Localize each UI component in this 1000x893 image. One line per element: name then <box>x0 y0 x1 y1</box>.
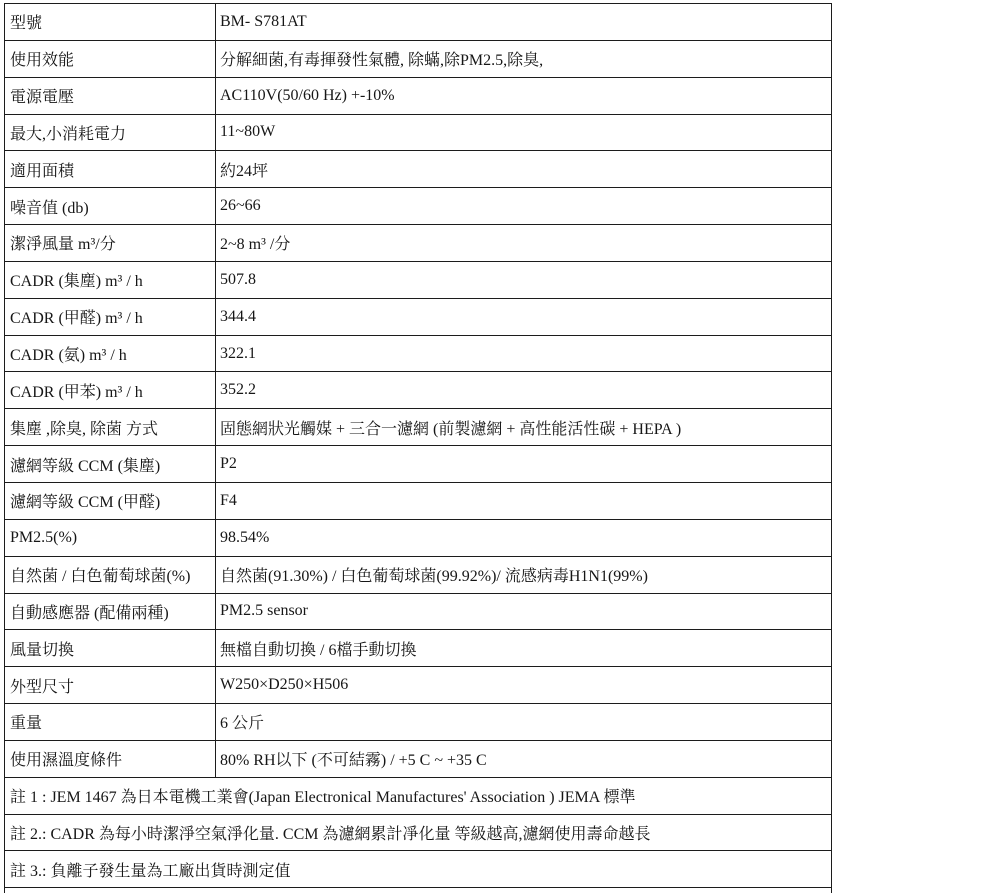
spec-label-cell: 適用面積 <box>5 151 216 187</box>
spec-value-cell: 98.54% <box>216 520 831 556</box>
table-row: 最大,小消耗電力 11~80W <box>5 115 831 152</box>
spec-value-cell: 無檔自動切換 / 6檔手動切換 <box>216 630 831 666</box>
table-row: 外型尺寸 W250×D250×H506 <box>5 667 831 704</box>
spec-value-cell: 80% RH以下 (不可結霧) / +5 C ~ +35 C <box>216 741 831 777</box>
table-row: 型號 BM- S781AT <box>5 4 831 41</box>
spec-value-cell: 507.8 <box>216 262 831 298</box>
spec-value-cell: 自然菌(91.30%) / 白色葡萄球菌(99.92%)/ 流感病毒H1N1(9… <box>216 557 831 593</box>
table-bottom-fragment <box>4 888 832 893</box>
table-row: CADR (甲苯) m³ / h 352.2 <box>5 372 831 409</box>
spec-label-cell: 噪音值 (db) <box>5 188 216 224</box>
spec-label-cell: 最大,小消耗電力 <box>5 115 216 151</box>
spec-label-cell: 集塵 ,除臭, 除菌 方式 <box>5 409 216 445</box>
spec-value-cell: BM- S781AT <box>216 4 831 40</box>
note-row: 註 1 : JEM 1467 為日本電機工業會(Japan Electronic… <box>5 778 831 815</box>
spec-table: 型號 BM- S781AT 使用效能 分解細菌,有毒揮發性氣體, 除蟎,除PM2… <box>4 3 832 888</box>
spec-label-cell: CADR (甲苯) m³ / h <box>5 372 216 408</box>
spec-label-cell: 潔淨風量 m³/分 <box>5 225 216 261</box>
spec-value-cell: 2~8 m³ /分 <box>216 225 831 261</box>
table-row: PM2.5(%) 98.54% <box>5 520 831 557</box>
table-row: 重量 6 公斤 <box>5 704 831 741</box>
table-row: 風量切換 無檔自動切換 / 6檔手動切換 <box>5 630 831 667</box>
spec-label-cell: 自動感應器 (配備兩種) <box>5 594 216 630</box>
spec-label-cell: CADR (甲醛) m³ / h <box>5 299 216 335</box>
spec-value-cell: 約24坪 <box>216 151 831 187</box>
table-row: 電源電壓 AC110V(50/60 Hz) +-10% <box>5 78 831 115</box>
spec-label-cell: 型號 <box>5 4 216 40</box>
spec-value-cell: PM2.5 sensor <box>216 594 831 630</box>
spec-label-cell: 濾網等級 CCM (甲醛) <box>5 483 216 519</box>
note-row: 註 2.: CADR 為每小時潔淨空氣淨化量. CCM 為濾網累計凈化量 等級越… <box>5 815 831 852</box>
table-row: 使用濕溫度條件 80% RH以下 (不可結霧) / +5 C ~ +35 C <box>5 741 831 778</box>
spec-value-cell: 344.4 <box>216 299 831 335</box>
spec-label-cell: CADR (集塵) m³ / h <box>5 262 216 298</box>
spec-value-cell: 352.2 <box>216 372 831 408</box>
table-row: CADR (集塵) m³ / h 507.8 <box>5 262 831 299</box>
table-row: 潔淨風量 m³/分 2~8 m³ /分 <box>5 225 831 262</box>
spec-value-cell: AC110V(50/60 Hz) +-10% <box>216 78 831 114</box>
table-row: 使用效能 分解細菌,有毒揮發性氣體, 除蟎,除PM2.5,除臭, <box>5 41 831 78</box>
table-row: 濾網等級 CCM (集塵) P2 <box>5 446 831 483</box>
table-row: 適用面積 約24坪 <box>5 151 831 188</box>
spec-label-cell: 風量切換 <box>5 630 216 666</box>
table-row: 集塵 ,除臭, 除菌 方式 固態網狀光觸媒 + 三合一濾網 (前製濾網 + 高性… <box>5 409 831 446</box>
spec-label-cell: CADR (氨) m³ / h <box>5 336 216 372</box>
spec-label-cell: PM2.5(%) <box>5 520 216 556</box>
spec-value-cell: F4 <box>216 483 831 519</box>
spec-value-cell: 26~66 <box>216 188 831 224</box>
table-row: 噪音值 (db) 26~66 <box>5 188 831 225</box>
spec-value-cell: P2 <box>216 446 831 482</box>
spec-label-cell: 使用效能 <box>5 41 216 77</box>
spec-value-cell: W250×D250×H506 <box>216 667 831 703</box>
spec-value-cell: 11~80W <box>216 115 831 151</box>
spec-label-cell: 外型尺寸 <box>5 667 216 703</box>
note-row: 註 3.: 負離子發生量為工廠出貨時測定值 <box>5 851 831 888</box>
spec-value-cell: 322.1 <box>216 336 831 372</box>
table-row: CADR (氨) m³ / h 322.1 <box>5 336 831 373</box>
table-row: 濾網等級 CCM (甲醛) F4 <box>5 483 831 520</box>
table-row: CADR (甲醛) m³ / h 344.4 <box>5 299 831 336</box>
spec-label-cell: 重量 <box>5 704 216 740</box>
spec-label-cell: 濾網等級 CCM (集塵) <box>5 446 216 482</box>
table-row: 自動感應器 (配備兩種) PM2.5 sensor <box>5 594 831 631</box>
spec-value-cell: 分解細菌,有毒揮發性氣體, 除蟎,除PM2.5,除臭, <box>216 41 831 77</box>
spec-label-cell: 電源電壓 <box>5 78 216 114</box>
table-row: 自然菌 / 白色葡萄球菌(%) 自然菌(91.30%) / 白色葡萄球菌(99.… <box>5 557 831 594</box>
spec-value-cell: 6 公斤 <box>216 704 831 740</box>
spec-value-cell: 固態網狀光觸媒 + 三合一濾網 (前製濾網 + 高性能活性碳 + HEPA ) <box>216 409 831 445</box>
spec-label-cell: 使用濕溫度條件 <box>5 741 216 777</box>
spec-label-cell: 自然菌 / 白色葡萄球菌(%) <box>5 557 216 593</box>
